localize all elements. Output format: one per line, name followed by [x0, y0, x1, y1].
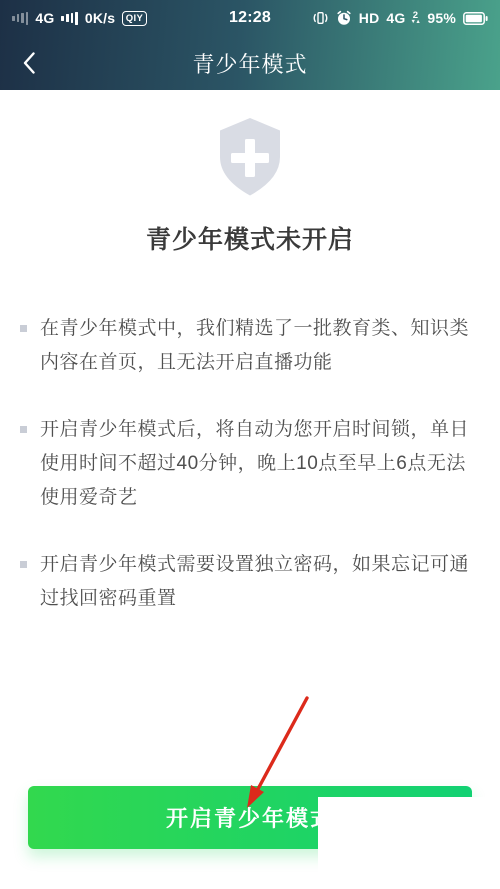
list-item: 开启青少年模式后，将自动为您开启时间锁，单日使用时间不超过40分钟，晚上10点至…: [20, 413, 470, 515]
bullet-square-icon: [20, 325, 27, 332]
page-title: 青少年模式: [192, 48, 307, 79]
app-header: 4G 0K/s QIY 12:28 HD 4G: [0, 0, 500, 90]
list-item: 开启青少年模式需要设置独立密码，如果忘记可通过找回密码重置: [20, 548, 470, 616]
status-bar: 4G 0K/s QIY 12:28 HD 4G: [0, 0, 500, 36]
annotation-white-box: [318, 797, 500, 877]
back-button[interactable]: [16, 50, 42, 76]
hd-indicator: HD: [359, 10, 380, 26]
network-arrows-icon: ▼▲: [410, 20, 420, 26]
vibrate-icon: [312, 10, 329, 26]
status-left-group: 4G 0K/s QIY: [12, 10, 147, 26]
network-speed-label: 0K/s: [85, 10, 115, 26]
network-type-right-label: 4G: [386, 10, 405, 26]
battery-percent-label: 95%: [427, 10, 456, 26]
bullet-text: 在青少年模式中，我们精选了一批教育类、知识类内容在首页，且无法开启直播功能: [40, 312, 470, 380]
signal-bars-icon: [61, 12, 77, 25]
list-item: 在青少年模式中，我们精选了一批教育类、知识类内容在首页，且无法开启直播功能: [20, 312, 470, 380]
status-clock: 12:28: [229, 9, 271, 27]
bullet-square-icon: [20, 561, 27, 568]
nav-bar: 青少年模式: [0, 36, 500, 90]
bullet-text: 开启青少年模式需要设置独立密码，如果忘记可通过找回密码重置: [40, 548, 470, 616]
network-type-label: 4G: [35, 10, 54, 26]
bullet-square-icon: [20, 426, 27, 433]
battery-icon: [463, 12, 488, 25]
shield-plus-icon: [216, 116, 284, 198]
network-activity-stack: 2 ▼▲: [410, 11, 420, 26]
main-content: 青少年模式未开启 在青少年模式中，我们精选了一批教育类、知识类内容在首页，且无法…: [0, 90, 500, 649]
alarm-clock-icon: [336, 10, 352, 26]
mode-description-list: 在青少年模式中，我们精选了一批教育类、知识类内容在首页，且无法开启直播功能 开启…: [0, 312, 500, 616]
chevron-left-icon: [23, 52, 35, 74]
mode-status-headline: 青少年模式未开启: [0, 220, 500, 256]
bullet-text: 开启青少年模式后，将自动为您开启时间锁，单日使用时间不超过40分钟，晚上10点至…: [40, 413, 470, 515]
iqiyi-app-badge: QIY: [122, 11, 147, 26]
signal-bars-dim-icon: [12, 12, 28, 25]
status-right-group: HD 4G 2 ▼▲ 95%: [312, 10, 488, 26]
